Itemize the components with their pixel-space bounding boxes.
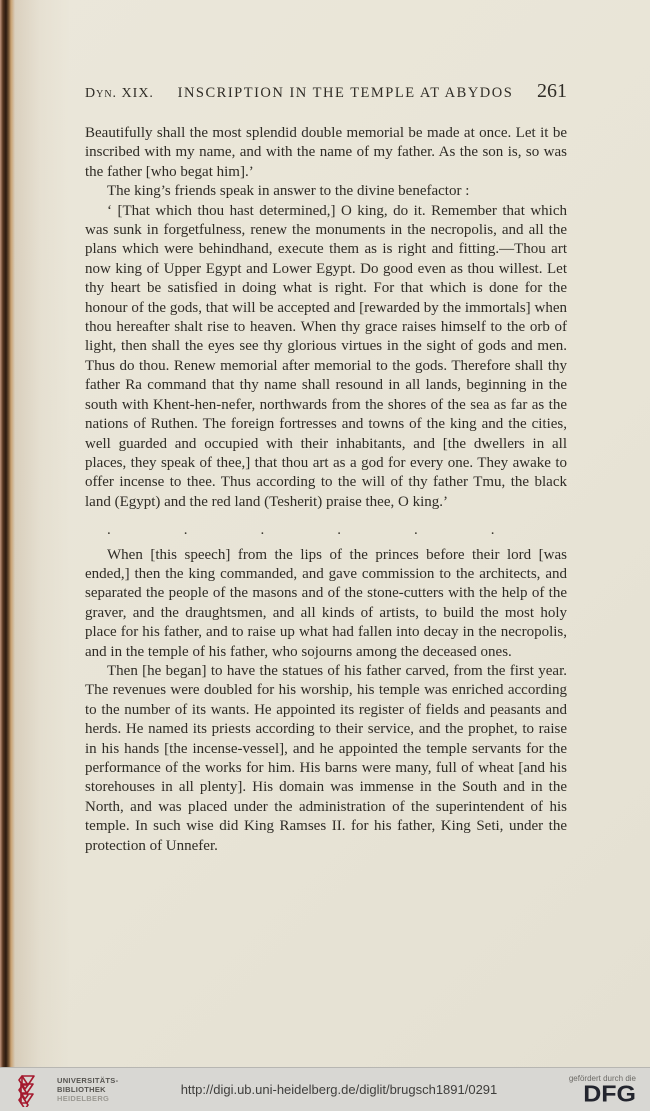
library-brand: UNIVERSITÄTS- BIBLIOTHEK HEIDELBERG: [12, 1073, 162, 1107]
source-url-link[interactable]: http://digi.ub.uni-heidelberg.de/diglit/…: [162, 1082, 516, 1097]
page-title: INSCRIPTION IN THE TEMPLE AT ABYDOS: [154, 85, 537, 102]
paragraph-statues: Then [he began] to have the statues of h…: [85, 662, 567, 856]
library-name-line1: UNIVERSITÄTS-: [57, 1076, 118, 1085]
page-content: Dyn. XIX. INSCRIPTION IN THE TEMPLE AT A…: [85, 0, 567, 856]
paragraph-speech-quote: ‘ [That which thou hast determined,] O k…: [85, 202, 567, 513]
library-name-city: HEIDELBERG: [57, 1094, 118, 1103]
library-name: UNIVERSITÄTS- BIBLIOTHEK HEIDELBERG: [57, 1076, 118, 1103]
page-number: 261: [537, 80, 567, 103]
dfg-logo: DFG: [516, 1084, 636, 1104]
paragraph-commission: When [this speech] from the lips of the …: [85, 546, 567, 662]
running-header: Dyn. XIX. INSCRIPTION IN THE TEMPLE AT A…: [85, 0, 567, 103]
scanned-page: Dyn. XIX. INSCRIPTION IN THE TEMPLE AT A…: [0, 0, 650, 1068]
paragraph-continuation: Beautifully shall the most splendid doub…: [85, 124, 567, 182]
digitization-footer: UNIVERSITÄTS- BIBLIOTHEK HEIDELBERG http…: [0, 1067, 650, 1111]
heidelberg-library-logo-icon: [12, 1073, 48, 1107]
book-edge-shadow: [0, 0, 15, 1068]
section-break-dots: ......: [85, 521, 567, 540]
dfg-brand: gefördert durch die DFG: [516, 1074, 636, 1106]
header-dynasty-label: Dyn. XIX.: [85, 86, 154, 102]
library-name-line2: BIBLIOTHEK: [57, 1085, 118, 1094]
paragraph-intro-line: The king’s friends speak in answer to th…: [85, 182, 567, 201]
page-body: Beautifully shall the most splendid doub…: [85, 124, 567, 856]
